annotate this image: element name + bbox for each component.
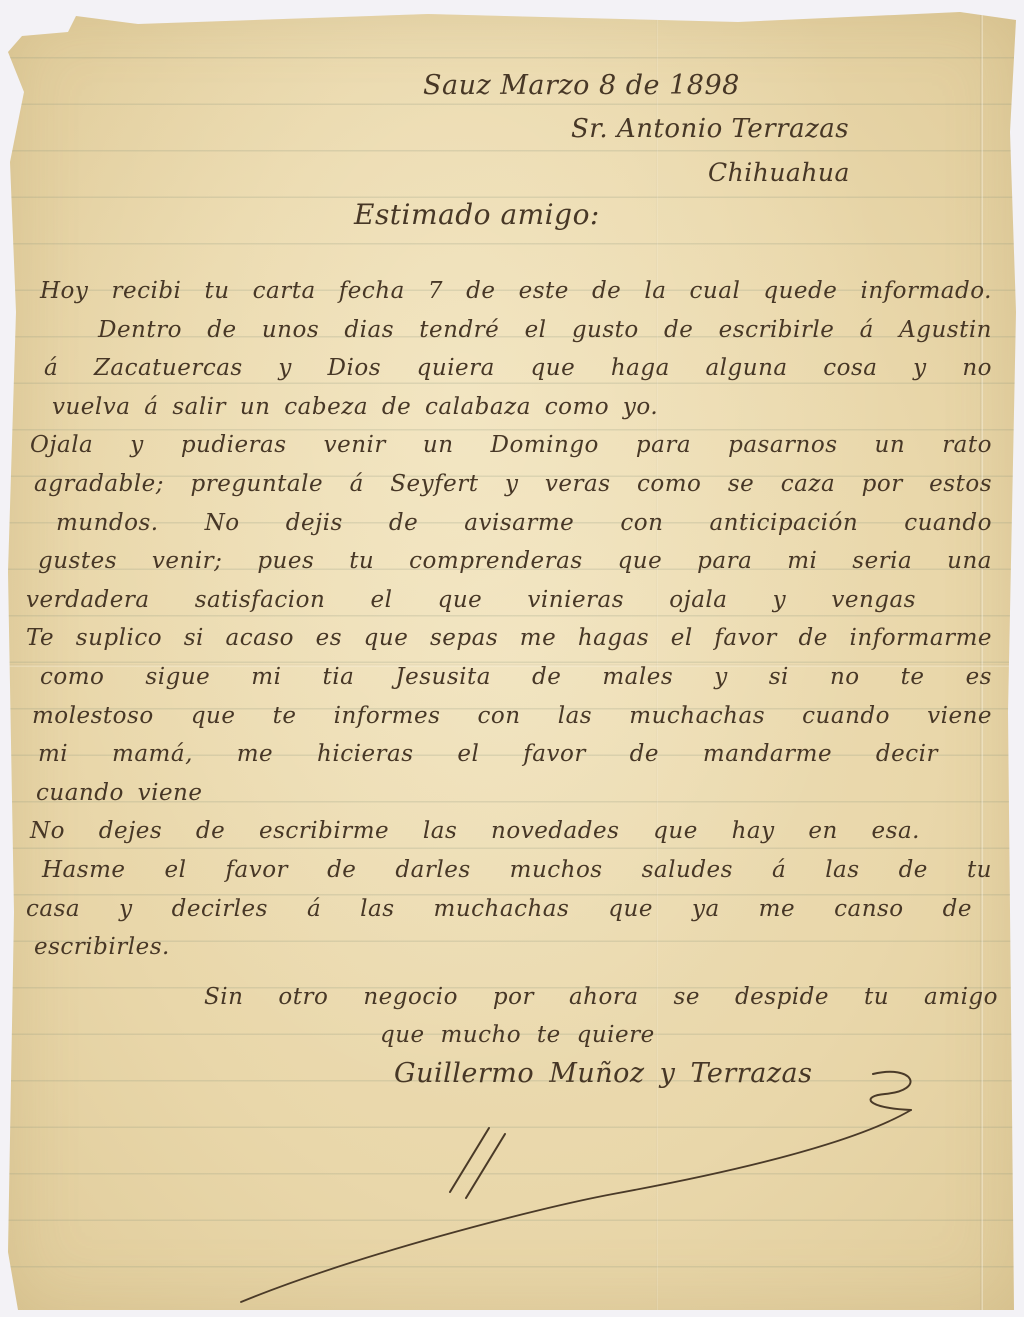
body-line: á Zacatuercas y Dios quiera que haga alg… (44, 349, 992, 388)
body-line: vuelva á salir un cabeza de calabaza com… (52, 388, 742, 427)
recipient-name: Sr. Antonio Terrazas (571, 114, 849, 144)
body-line: agradable; preguntale á Seyfert y veras … (34, 465, 992, 504)
body-line: Dentro de unos dias tendré el gusto de e… (98, 311, 992, 350)
letter-paper: Sauz Marzo 8 de 1898 Sr. Antonio Terraza… (8, 12, 1016, 1310)
body-line: No dejes de escribirme las novedades que… (30, 812, 920, 851)
body-line: Ojala y pudieras venir un Domingo para p… (30, 426, 992, 465)
closing-line: Sin otro negocio por ahora se despide tu… (204, 984, 998, 1010)
body-line: molestoso que te informes con las muchac… (32, 697, 992, 736)
closing-line: que mucho te quiere (380, 1022, 655, 1048)
body-line: escribirles. (34, 928, 992, 967)
body-line: casa y decirles á las muchachas que ya m… (26, 890, 972, 929)
body-line: Te suplico si acaso es que sepas me haga… (26, 619, 992, 658)
body-line: Hasme el favor de darles muchos saludes … (42, 851, 992, 890)
body-line: verdadera satisfacion el que vinieras oj… (26, 581, 916, 620)
body-line: mundos. No dejis de avisarme con anticip… (56, 504, 992, 543)
letter-body: Hoy recibi tu carta fecha 7 de este de l… (40, 272, 992, 967)
salutation: Estimado amigo: (354, 198, 600, 231)
body-line: como sigue mi tia Jesusita de males y si… (40, 658, 992, 697)
body-line: cuando viene (36, 774, 992, 813)
signature-flourish (213, 1064, 973, 1314)
recipient-place: Chihuahua (708, 158, 850, 187)
body-line: Hoy recibi tu carta fecha 7 de este de l… (40, 272, 992, 311)
dateline: Sauz Marzo 8 de 1898 (423, 70, 740, 101)
body-line: gustes venir; pues tu comprenderas que p… (38, 542, 992, 581)
body-line: mi mamá, me hicieras el favor de mandarm… (38, 735, 938, 774)
